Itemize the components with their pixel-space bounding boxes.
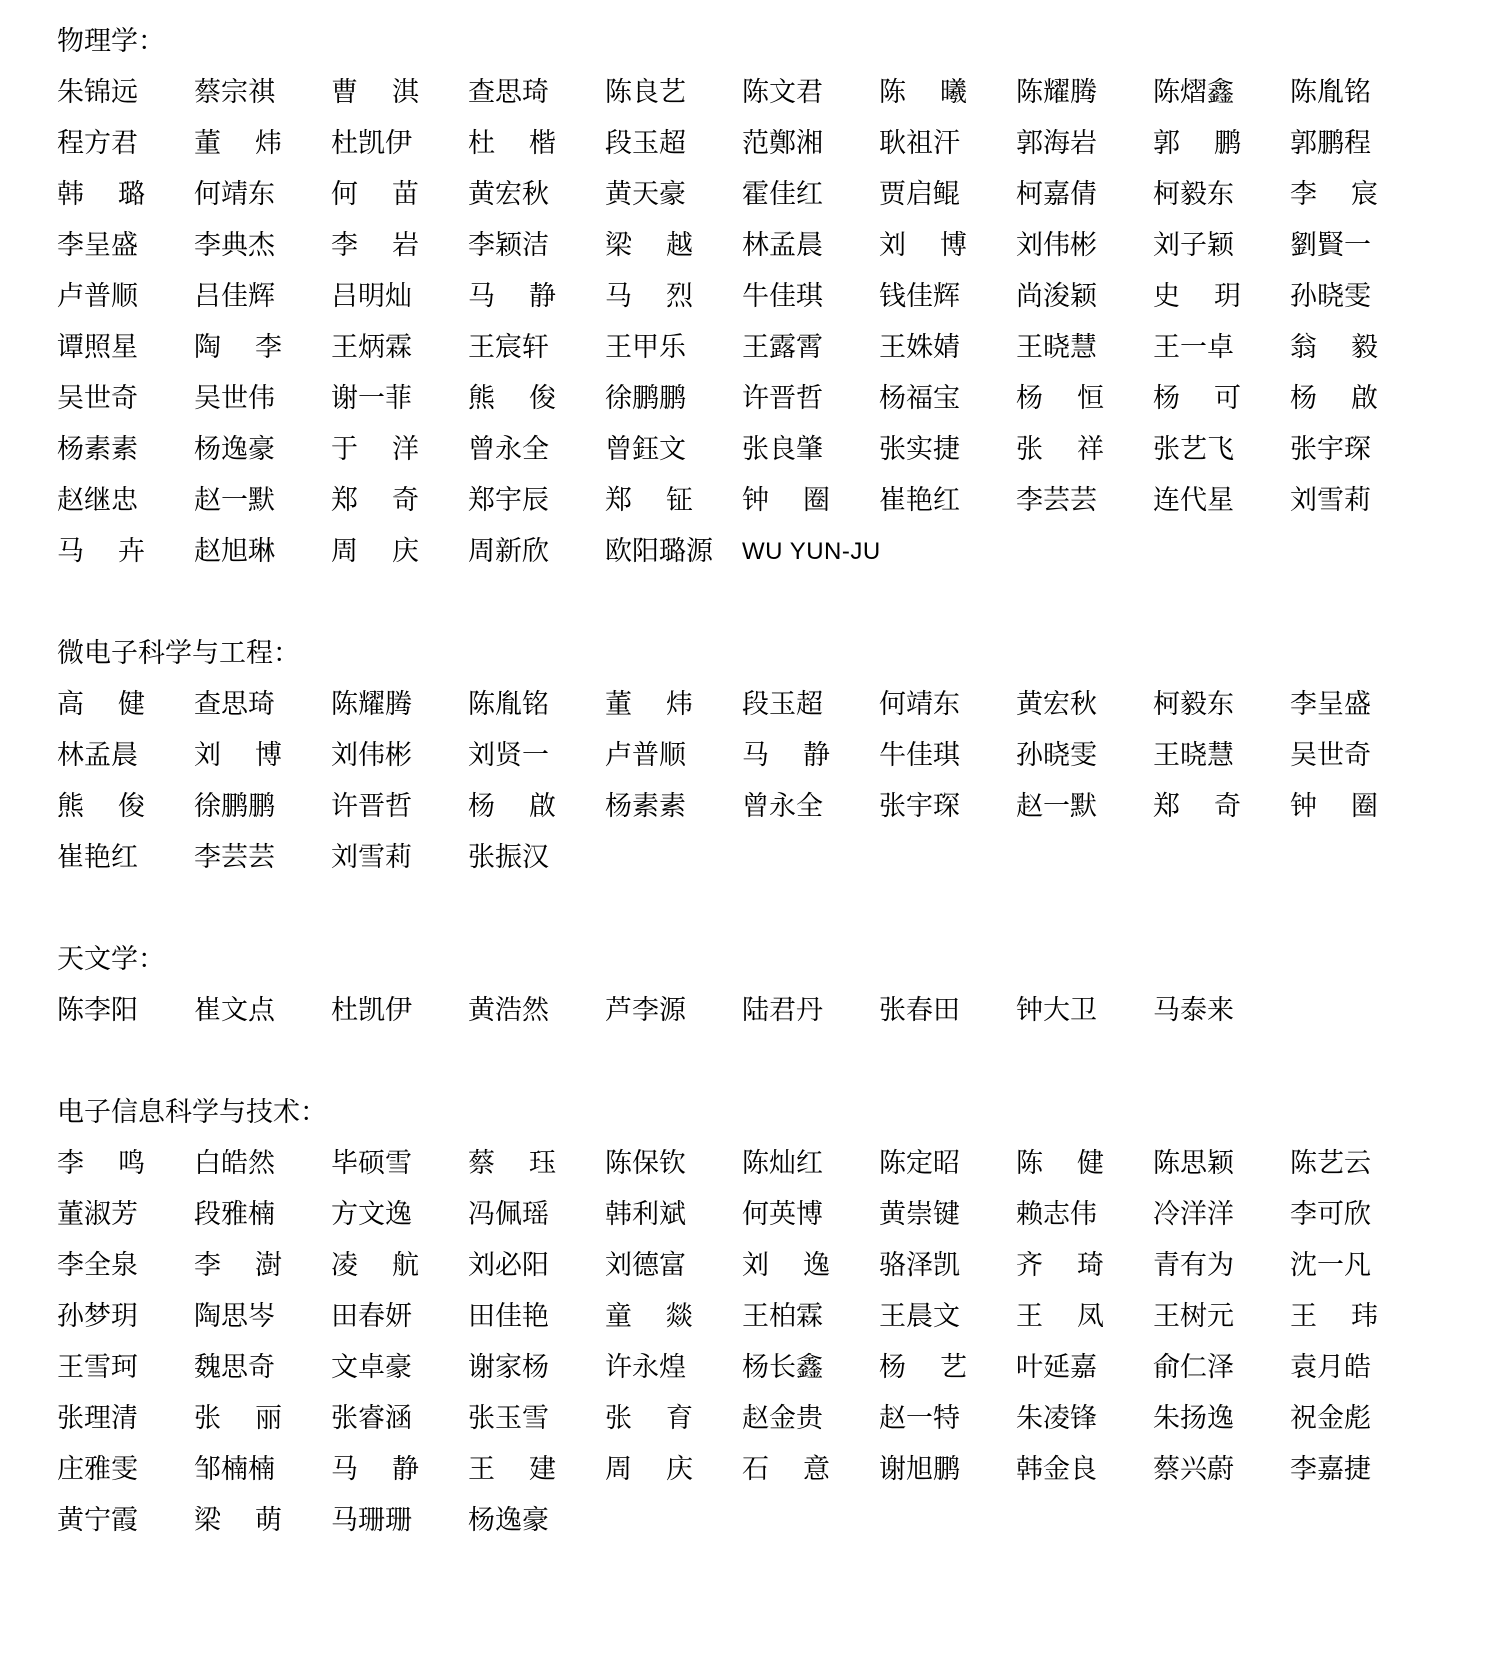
name-cell: 陈李阳 <box>57 985 194 1036</box>
name-cell: 袁月皓 <box>1290 1342 1427 1393</box>
name-cell: 刘贤一 <box>468 730 605 781</box>
name-cell: 翁毅 <box>1290 322 1378 373</box>
name-char: 意 <box>803 1444 830 1495</box>
name-cell: 李宸 <box>1290 169 1378 220</box>
section-title: 物理学： <box>57 16 1482 67</box>
name-cell: 黄崇键 <box>879 1189 1016 1240</box>
name-cell: 杨素素 <box>57 424 194 475</box>
name-char: 张 <box>1016 424 1043 475</box>
name-cell: 刘伟彬 <box>331 730 468 781</box>
name-cell: 陈曦 <box>879 67 967 118</box>
name-cell: 尚浚颖 <box>1016 271 1153 322</box>
name-cell: 叶延嘉 <box>1016 1342 1153 1393</box>
name-char: 韩 <box>57 169 84 220</box>
name-cell: 郑宇辰 <box>468 475 605 526</box>
name-cell: 贾启鲲 <box>879 169 1016 220</box>
name-cell: 齐琦 <box>1016 1240 1104 1291</box>
name-char: 曹 <box>331 67 358 118</box>
name-cell: 董淑芳 <box>57 1189 194 1240</box>
name-cell: 刘伟彬 <box>1016 220 1153 271</box>
name-cell: 俞仁泽 <box>1153 1342 1290 1393</box>
name-cell: 王晓慧 <box>1016 322 1153 373</box>
name-cell: 蔡兴蔚 <box>1153 1444 1290 1495</box>
name-cell: 孙晓雯 <box>1016 730 1153 781</box>
name-char: 李 <box>57 1138 84 1189</box>
name-cell: 张祥 <box>1016 424 1104 475</box>
name-char: 李 <box>255 322 282 373</box>
name-char: 王 <box>468 1444 495 1495</box>
name-char: 俊 <box>118 781 145 832</box>
name-char: 杨 <box>1290 373 1317 424</box>
name-cell: 杜楷 <box>468 118 556 169</box>
name-cell: 刘逸 <box>742 1240 830 1291</box>
name-cell: 于洋 <box>331 424 419 475</box>
name-cell: 周庆 <box>331 526 419 577</box>
name-char: 郑 <box>331 475 358 526</box>
name-cell: 谢旭鹏 <box>879 1444 1016 1495</box>
section: 物理学：朱锦远蔡宗祺曹淇查思琦陈良艺陈文君陈曦陈耀腾陈熠鑫陈胤铭程方君董炜杜凯伊… <box>57 16 1482 577</box>
name-cell: 卢普顺 <box>605 730 742 781</box>
name-cell: 李鸣 <box>57 1138 145 1189</box>
name-cell: 马珊珊 <box>331 1495 468 1546</box>
name-char: 艺 <box>940 1342 967 1393</box>
name-cell: 蔡珏 <box>468 1138 556 1189</box>
name-char: 宸 <box>1351 169 1378 220</box>
name-cell: 张丽 <box>194 1393 282 1444</box>
name-cell: 刘博 <box>194 730 282 781</box>
name-char: 玥 <box>1214 271 1241 322</box>
name-cell: 邹楠楠 <box>194 1444 331 1495</box>
name-list-document: 物理学：朱锦远蔡宗祺曹淇查思琦陈良艺陈文君陈曦陈耀腾陈熠鑫陈胤铭程方君董炜杜凯伊… <box>0 0 1512 1606</box>
name-cell: 杨啟 <box>468 781 556 832</box>
name-char: 圈 <box>1351 781 1378 832</box>
name-cell: 刘博 <box>879 220 967 271</box>
name-cell: 陈保钦 <box>605 1138 742 1189</box>
name-char: 杨 <box>1153 373 1180 424</box>
name-cell: 赵继忠 <box>57 475 194 526</box>
name-char: 毅 <box>1351 322 1378 373</box>
name-cell: 马静 <box>742 730 830 781</box>
name-cell: 张实捷 <box>879 424 1016 475</box>
name-cell: 张睿涵 <box>331 1393 468 1444</box>
name-char: 俊 <box>529 373 556 424</box>
name-cell: 梁萌 <box>194 1495 282 1546</box>
name-cell: 陈定昭 <box>879 1138 1016 1189</box>
name-cell: 许永煌 <box>605 1342 742 1393</box>
name-cell: 牛佳琪 <box>879 730 1016 781</box>
name-cell: 牛佳琪 <box>742 271 879 322</box>
name-char: 李 <box>194 1240 221 1291</box>
name-char: 炜 <box>255 118 282 169</box>
name-cell: 张宇琛 <box>1290 424 1427 475</box>
name-grid: 朱锦远蔡宗祺曹淇查思琦陈良艺陈文君陈曦陈耀腾陈熠鑫陈胤铭程方君董炜杜凯伊杜楷段玉… <box>57 67 1482 577</box>
name-cell: 黄宏秋 <box>1016 679 1153 730</box>
name-cell: 霍佳红 <box>742 169 879 220</box>
name-cell: 马泰来 <box>1153 985 1290 1036</box>
name-cell: 吴世奇 <box>57 373 194 424</box>
name-cell: 王柏霖 <box>742 1291 879 1342</box>
name-cell: 曾永全 <box>742 781 879 832</box>
name-cell: 王宸轩 <box>468 322 605 373</box>
name-cell: 谢家杨 <box>468 1342 605 1393</box>
name-char: 静 <box>529 271 556 322</box>
name-cell: 程方君 <box>57 118 194 169</box>
name-cell: 查思琦 <box>194 679 331 730</box>
name-cell: 赖志伟 <box>1016 1189 1153 1240</box>
name-char: 马 <box>57 526 84 577</box>
name-char: 庆 <box>392 526 419 577</box>
name-cell: 陈耀腾 <box>1016 67 1153 118</box>
name-cell: 林孟晨 <box>57 730 194 781</box>
name-char: 岩 <box>392 220 419 271</box>
name-cell: 王树元 <box>1153 1291 1290 1342</box>
name-cell: 王炳霖 <box>331 322 468 373</box>
name-cell: 陈胤铭 <box>1290 67 1427 118</box>
name-cell: 王晓慧 <box>1153 730 1290 781</box>
name-char: 博 <box>940 220 967 271</box>
name-cell: 朱锦远 <box>57 67 194 118</box>
name-char: 萌 <box>255 1495 282 1546</box>
name-cell: 沈一凡 <box>1290 1240 1427 1291</box>
name-cell: 梁越 <box>605 220 693 271</box>
name-char: 李 <box>1290 169 1317 220</box>
name-cell: 熊俊 <box>57 781 145 832</box>
name-cell: 吕佳辉 <box>194 271 331 322</box>
name-char: 卉 <box>118 526 145 577</box>
name-char: 建 <box>529 1444 556 1495</box>
name-cell: 陶李 <box>194 322 282 373</box>
name-cell: 蔡宗祺 <box>194 67 331 118</box>
name-char: 奇 <box>392 475 419 526</box>
name-cell: 吴世奇 <box>1290 730 1427 781</box>
name-cell: 杨啟 <box>1290 373 1378 424</box>
name-cell: 黄浩然 <box>468 985 605 1036</box>
name-char: 史 <box>1153 271 1180 322</box>
name-cell: 李芸芸 <box>1016 475 1153 526</box>
name-cell: 卢普顺 <box>57 271 194 322</box>
name-cell: 韩金良 <box>1016 1444 1153 1495</box>
name-char: 刘 <box>879 220 906 271</box>
name-char: 炜 <box>666 679 693 730</box>
name-cell: 李芸芸 <box>194 832 331 883</box>
name-cell: 刘子颖 <box>1153 220 1290 271</box>
name-cell: 魏思奇 <box>194 1342 331 1393</box>
name-cell: 赵一默 <box>1016 781 1153 832</box>
name-cell: 李可欣 <box>1290 1189 1427 1240</box>
name-char: 可 <box>1214 373 1241 424</box>
name-cell: 赵一默 <box>194 475 331 526</box>
name-cell: 查思琦 <box>468 67 605 118</box>
name-cell: 陈文君 <box>742 67 879 118</box>
name-char: 庆 <box>666 1444 693 1495</box>
name-char: 周 <box>605 1444 632 1495</box>
name-char: 刘 <box>194 730 221 781</box>
name-char: 逸 <box>803 1240 830 1291</box>
name-cell: 杨逸豪 <box>194 424 331 475</box>
name-cell: 孙梦玥 <box>57 1291 194 1342</box>
name-cell: 郭鹏 <box>1153 118 1241 169</box>
name-cell: 陈良艺 <box>605 67 742 118</box>
name-char: 石 <box>742 1444 769 1495</box>
name-char: 圈 <box>803 475 830 526</box>
name-cell: 杨艺 <box>879 1342 967 1393</box>
name-cell: 韩利斌 <box>605 1189 742 1240</box>
name-cell: 王晨文 <box>879 1291 1016 1342</box>
name-char: 梁 <box>194 1495 221 1546</box>
name-char: 鸣 <box>118 1138 145 1189</box>
name-char: 王 <box>1290 1291 1317 1342</box>
name-char: 何 <box>331 169 358 220</box>
section: 天文学：陈李阳崔文点杜凯伊黄浩然芦李源陆君丹张春田钟大卫马泰来 <box>57 934 1482 1036</box>
name-cell: 钟大卫 <box>1016 985 1153 1036</box>
section-title: 微电子科学与工程： <box>57 628 1482 679</box>
section: 微电子科学与工程：高健查思琦陈耀腾陈胤铭董炜段玉超何靖东黄宏秋柯毅东李呈盛林孟晨… <box>57 628 1482 883</box>
name-cell: 许晋哲 <box>742 373 879 424</box>
name-cell: 王建 <box>468 1444 556 1495</box>
name-char: 李 <box>331 220 358 271</box>
name-cell: 冯佩瑶 <box>468 1189 605 1240</box>
name-char: 张 <box>605 1393 632 1444</box>
name-cell: 李呈盛 <box>57 220 194 271</box>
name-cell: 王雪珂 <box>57 1342 194 1393</box>
name-cell: 白皓然 <box>194 1138 331 1189</box>
name-char: 楷 <box>529 118 556 169</box>
name-cell: 段雅楠 <box>194 1189 331 1240</box>
name-cell: 陈耀腾 <box>331 679 468 730</box>
name-cell: 陈艺云 <box>1290 1138 1427 1189</box>
name-char: 齐 <box>1016 1240 1043 1291</box>
name-char: 郑 <box>605 475 632 526</box>
name-char: 育 <box>666 1393 693 1444</box>
name-char: 健 <box>1077 1138 1104 1189</box>
name-cell: 周新欣 <box>468 526 605 577</box>
name-cell: 高健 <box>57 679 145 730</box>
name-cell: 杨逸豪 <box>468 1495 605 1546</box>
name-cell: 许晋哲 <box>331 781 468 832</box>
name-char: 于 <box>331 424 358 475</box>
name-grid: 高健查思琦陈耀腾陈胤铭董炜段玉超何靖东黄宏秋柯毅东李呈盛林孟晨刘博刘伟彬刘贤一卢… <box>57 679 1482 883</box>
name-cell: 郭海岩 <box>1016 118 1153 169</box>
name-char: 刘 <box>742 1240 769 1291</box>
name-cell: WU YUN-JU <box>742 526 879 577</box>
name-cell: 刘雪莉 <box>331 832 468 883</box>
name-cell: 方文逸 <box>331 1189 468 1240</box>
name-cell: 杨福宝 <box>879 373 1016 424</box>
name-cell: 石意 <box>742 1444 830 1495</box>
sections-container: 物理学：朱锦远蔡宗祺曹淇查思琦陈良艺陈文君陈曦陈耀腾陈熠鑫陈胤铭程方君董炜杜凯伊… <box>57 16 1482 1546</box>
name-cell: 李嘉捷 <box>1290 1444 1427 1495</box>
name-cell: 青有为 <box>1153 1240 1290 1291</box>
section: 电子信息科学与技术：李鸣白皓然毕硕雪蔡珏陈保钦陈灿红陈定昭陈健陈思颖陈艺云董淑芳… <box>57 1087 1482 1546</box>
name-cell: 陈胤铭 <box>468 679 605 730</box>
name-cell: 周庆 <box>605 1444 693 1495</box>
name-char: 张 <box>194 1393 221 1444</box>
name-char: 杨 <box>468 781 495 832</box>
name-grid: 陈李阳崔文点杜凯伊黄浩然芦李源陆君丹张春田钟大卫马泰来 <box>57 985 1482 1036</box>
name-cell: 马烈 <box>605 271 693 322</box>
name-cell: 郭鹏程 <box>1290 118 1427 169</box>
name-cell: 李典杰 <box>194 220 331 271</box>
name-char: 周 <box>331 526 358 577</box>
name-char: 杨 <box>1016 373 1043 424</box>
name-char: 航 <box>392 1240 419 1291</box>
name-cell: 杨长鑫 <box>742 1342 879 1393</box>
name-cell: 何英博 <box>742 1189 879 1240</box>
name-cell: 陈思颖 <box>1153 1138 1290 1189</box>
name-cell: 陆君丹 <box>742 985 879 1036</box>
name-cell: 段玉超 <box>742 679 879 730</box>
name-char: 高 <box>57 679 84 730</box>
name-char: 钟 <box>1290 781 1317 832</box>
name-cell: 马静 <box>331 1444 419 1495</box>
name-cell: 朱凌锋 <box>1016 1393 1153 1444</box>
name-char: 马 <box>331 1444 358 1495</box>
name-cell: 崔艳红 <box>879 475 1016 526</box>
name-cell: 毕硕雪 <box>331 1138 468 1189</box>
section-title: 天文学： <box>57 934 1482 985</box>
name-cell: 杨可 <box>1153 373 1241 424</box>
name-cell: 耿祖汗 <box>879 118 1016 169</box>
name-char: 杨 <box>879 1342 906 1393</box>
name-cell: 冷洋洋 <box>1153 1189 1290 1240</box>
name-cell: 张春田 <box>879 985 1016 1036</box>
name-char: 钟 <box>742 475 769 526</box>
name-cell: 崔艳红 <box>57 832 194 883</box>
name-char: 丽 <box>255 1393 282 1444</box>
name-char: 陈 <box>879 67 906 118</box>
name-cell: 郑奇 <box>1153 781 1241 832</box>
name-cell: 劉賢一 <box>1290 220 1427 271</box>
name-cell: 杜凯伊 <box>331 985 468 1036</box>
name-cell: 孙晓雯 <box>1290 271 1427 322</box>
name-cell: 赵一特 <box>879 1393 1016 1444</box>
name-char: 马 <box>742 730 769 781</box>
name-cell: 熊俊 <box>468 373 556 424</box>
name-char: 啟 <box>529 781 556 832</box>
name-char: 越 <box>666 220 693 271</box>
name-cell: 李全泉 <box>57 1240 194 1291</box>
name-cell: 徐鹏鹏 <box>605 373 742 424</box>
name-cell: 李岩 <box>331 220 419 271</box>
name-cell: 王玮 <box>1290 1291 1378 1342</box>
name-cell: 何靖东 <box>194 169 331 220</box>
name-cell: 王一卓 <box>1153 322 1290 373</box>
name-cell: 范鄭湘 <box>742 118 879 169</box>
name-char: 健 <box>118 679 145 730</box>
name-char: 童 <box>605 1291 632 1342</box>
name-cell: 张玉雪 <box>468 1393 605 1444</box>
name-cell: 吕明灿 <box>331 271 468 322</box>
name-cell: 何靖东 <box>879 679 1016 730</box>
name-cell: 陈健 <box>1016 1138 1104 1189</box>
name-cell: 陈灿红 <box>742 1138 879 1189</box>
name-cell: 杨素素 <box>605 781 742 832</box>
name-char: 鹏 <box>1214 118 1241 169</box>
name-cell: 庄雅雯 <box>57 1444 194 1495</box>
name-char: 璐 <box>118 169 145 220</box>
name-char: 啟 <box>1351 373 1378 424</box>
name-cell: 马卉 <box>57 526 145 577</box>
name-cell: 黄宁霞 <box>57 1495 194 1546</box>
name-cell: 张振汉 <box>468 832 605 883</box>
name-cell: 徐鹏鹏 <box>194 781 331 832</box>
name-cell: 黄天豪 <box>605 169 742 220</box>
name-cell: 吴世伟 <box>194 373 331 424</box>
name-cell: 张理清 <box>57 1393 194 1444</box>
name-char: 曦 <box>940 67 967 118</box>
name-char: 郭 <box>1153 118 1180 169</box>
name-char: 静 <box>803 730 830 781</box>
name-cell: 田佳艳 <box>468 1291 605 1342</box>
name-cell: 张艺飞 <box>1153 424 1290 475</box>
name-cell: 钱佳辉 <box>879 271 1016 322</box>
name-cell: 文卓豪 <box>331 1342 468 1393</box>
name-cell: 刘德富 <box>605 1240 742 1291</box>
name-char: 董 <box>605 679 632 730</box>
name-cell: 段玉超 <box>605 118 742 169</box>
name-cell: 马静 <box>468 271 556 322</box>
name-char: 熊 <box>468 373 495 424</box>
section-title: 电子信息科学与技术： <box>57 1087 1482 1138</box>
name-cell: 赵旭琳 <box>194 526 331 577</box>
name-char: 钲 <box>666 475 693 526</box>
name-char: 恒 <box>1077 373 1104 424</box>
name-char: 洋 <box>392 424 419 475</box>
name-cell: 曹淇 <box>331 67 419 118</box>
name-char: 蔡 <box>468 1138 495 1189</box>
name-cell: 黄宏秋 <box>468 169 605 220</box>
name-cell: 何苗 <box>331 169 419 220</box>
name-char: 马 <box>605 271 632 322</box>
name-cell: 崔文点 <box>194 985 331 1036</box>
name-char: 马 <box>468 271 495 322</box>
name-cell: 杜凯伊 <box>331 118 468 169</box>
name-cell: 王露霄 <box>742 322 879 373</box>
name-char: 陶 <box>194 322 221 373</box>
name-cell: 张宇琛 <box>879 781 1016 832</box>
name-char: 静 <box>392 1444 419 1495</box>
name-cell: 田春妍 <box>331 1291 468 1342</box>
name-char: 玮 <box>1351 1291 1378 1342</box>
name-cell: 王甲乐 <box>605 322 742 373</box>
name-cell: 史玥 <box>1153 271 1241 322</box>
name-char: 珏 <box>529 1138 556 1189</box>
name-cell: 郑钲 <box>605 475 693 526</box>
name-cell: 柯毅东 <box>1153 169 1290 220</box>
name-char: 杜 <box>468 118 495 169</box>
name-char: 澍 <box>255 1240 282 1291</box>
name-char: 祥 <box>1077 424 1104 475</box>
name-cell: 李澍 <box>194 1240 282 1291</box>
name-cell: 朱扬逸 <box>1153 1393 1290 1444</box>
name-cell: 曾鈺文 <box>605 424 742 475</box>
name-cell: 张良肇 <box>742 424 879 475</box>
name-cell: 林孟晨 <box>742 220 879 271</box>
name-char: 博 <box>255 730 282 781</box>
name-char: 淇 <box>392 67 419 118</box>
name-cell: 凌航 <box>331 1240 419 1291</box>
name-char: 王 <box>1016 1291 1043 1342</box>
name-cell: 陶思岑 <box>194 1291 331 1342</box>
name-char: 熊 <box>57 781 84 832</box>
name-grid: 李鸣白皓然毕硕雪蔡珏陈保钦陈灿红陈定昭陈健陈思颖陈艺云董淑芳段雅楠方文逸冯佩瑶韩… <box>57 1138 1482 1546</box>
name-cell: 柯毅东 <box>1153 679 1290 730</box>
name-char: 陈 <box>1016 1138 1043 1189</box>
name-cell: 陈熠鑫 <box>1153 67 1290 118</box>
name-char: 凌 <box>331 1240 358 1291</box>
name-char: 琦 <box>1077 1240 1104 1291</box>
name-cell: 董炜 <box>605 679 693 730</box>
